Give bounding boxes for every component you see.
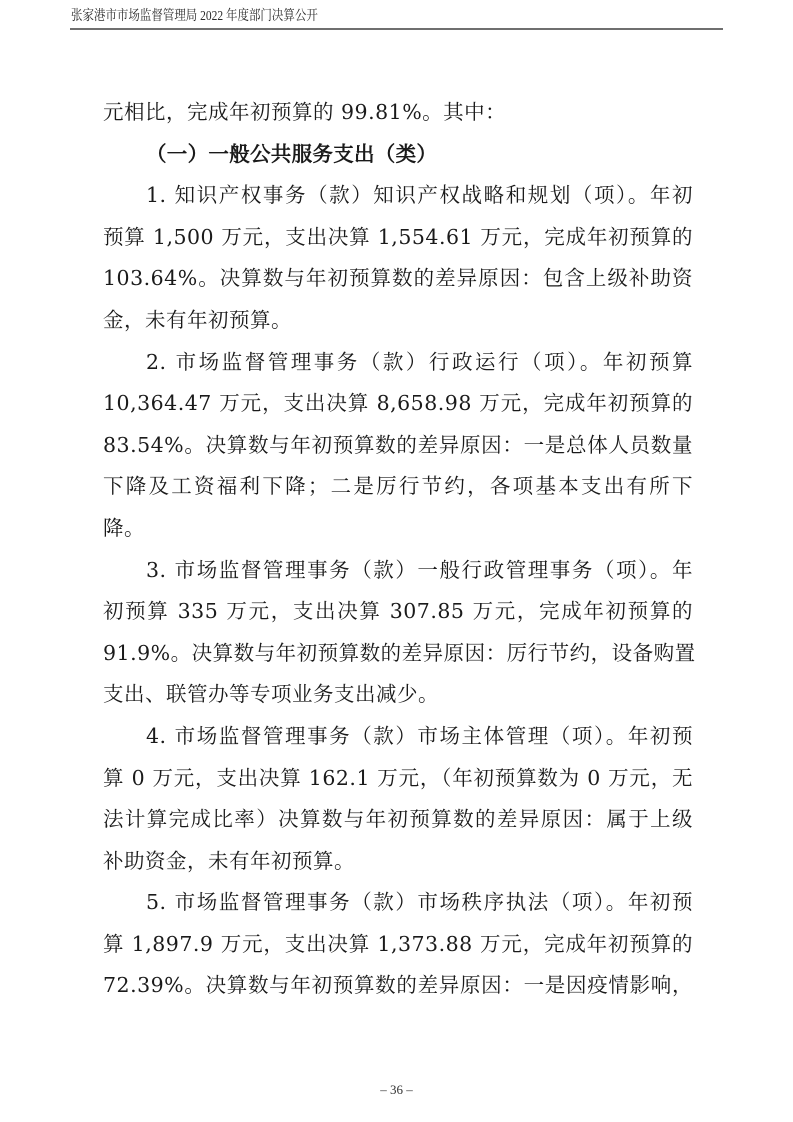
paragraph-line: 72.39%。决算数与年初预算数的差异原因：一是因疫情影响， <box>103 965 693 1007</box>
intro-line: 元相比，完成年初预算的 99.81%。其中： <box>103 92 693 134</box>
paragraph-line: 10,364.47 万元，支出决算 8,658.98 万元，完成年初预算的 <box>103 383 693 425</box>
paragraph-line: 支出、联管办等专项业务支出减少。 <box>103 674 693 716</box>
paragraph-line: 1. 知识产权事务（款）知识产权战略和规划（项）。年初 <box>103 175 693 217</box>
paragraph-line: 算 0 万元，支出决算 162.1 万元，（年初预算数为 0 万元，无 <box>103 758 693 800</box>
paragraph-line: 预算 1,500 万元，支出决算 1,554.61 万元，完成年初预算的 <box>103 217 693 259</box>
paragraph-line: 算 1,897.9 万元，支出决算 1,373.88 万元，完成年初预算的 <box>103 924 693 966</box>
paragraph-line: 4. 市场监督管理事务（款）市场主体管理（项）。年初预 <box>103 716 693 758</box>
paragraph-item-2: 2. 市场监督管理事务（款）行政运行（项）。年初预算 10,364.47 万元，… <box>103 342 693 550</box>
paragraph-item-1: 1. 知识产权事务（款）知识产权战略和规划（项）。年初 预算 1,500 万元，… <box>103 175 693 341</box>
paragraph-line: 2. 市场监督管理事务（款）行政运行（项）。年初预算 <box>103 342 693 384</box>
paragraph-item-3: 3. 市场监督管理事务（款）一般行政管理事务（项）。年 初预算 335 万元，支… <box>103 550 693 716</box>
header-divider <box>70 28 723 30</box>
page-header: 张家港市市场监督管理局 2022 年度部门决算公开 <box>70 8 723 30</box>
paragraph-line: 3. 市场监督管理事务（款）一般行政管理事务（项）。年 <box>103 550 693 592</box>
paragraph-line: 91.9%。决算数与年初预算数的差异原因：厉行节约，设备购置 <box>103 633 693 675</box>
paragraph-line: 降。 <box>103 508 693 550</box>
paragraph-line: 补助资金，未有年初预算。 <box>103 841 693 883</box>
paragraph-line: 初预算 335 万元，支出决算 307.85 万元，完成年初预算的 <box>103 591 693 633</box>
paragraph-item-5: 5. 市场监督管理事务（款）市场秩序执法（项）。年初预 算 1,897.9 万元… <box>103 882 693 1007</box>
page-number: – 36 – <box>0 1082 793 1098</box>
paragraph-line: 下降及工资福利下降；二是厉行节约，各项基本支出有所下 <box>103 466 693 508</box>
paragraph-line: 法计算完成比率）决算数与年初预算数的差异原因：属于上级 <box>103 799 693 841</box>
paragraph-item-4: 4. 市场监督管理事务（款）市场主体管理（项）。年初预 算 0 万元，支出决算 … <box>103 716 693 882</box>
paragraph-line: 103.64%。决算数与年初预算数的差异原因：包含上级补助资 <box>103 258 693 300</box>
paragraph-line: 5. 市场监督管理事务（款）市场秩序执法（项）。年初预 <box>103 882 693 924</box>
paragraph-line: 83.54%。决算数与年初预算数的差异原因：一是总体人员数量 <box>103 425 693 467</box>
section-heading: （一）一般公共服务支出（类） <box>103 134 693 176</box>
paragraph-line: 金，未有年初预算。 <box>103 300 693 342</box>
document-body: 元相比，完成年初预算的 99.81%。其中： （一）一般公共服务支出（类） 1.… <box>103 92 693 1007</box>
header-title: 张家港市市场监督管理局 2022 年度部门决算公开 <box>71 8 318 26</box>
